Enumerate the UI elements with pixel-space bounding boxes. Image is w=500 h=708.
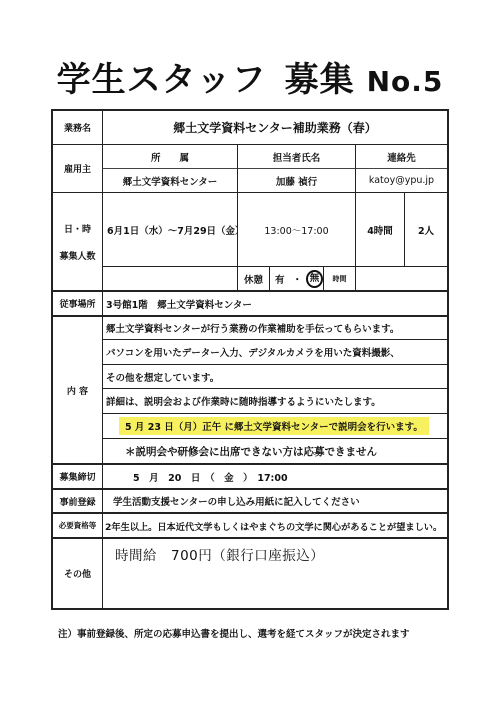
- content-line-5-row: 5 月 23 日（月）正午 に郷土文学資料センターで説明会を行います。: [102, 413, 447, 438]
- content-line-2: パソコンを用いたデーター入力、デジタルカメラを用いた資料撮影、: [102, 339, 447, 364]
- requirements-label: 必要資格等: [53, 512, 102, 537]
- employer-email[interactable]: katoy@ypu.jp: [355, 168, 447, 192]
- pre-registration-value: 学生活動支援センターの申し込み用紙に記入してください: [102, 488, 447, 512]
- requirements-value: 2年生以上。日本近代文学もしくはやまぐちの文学に関心があることが望ましい。: [102, 512, 447, 537]
- job-name-label: 業務名: [53, 111, 102, 144]
- job-name-value: 郷土文学資料センター補助業務（春）: [102, 111, 447, 144]
- employer-dept: 郷土文学資料センター: [102, 168, 237, 192]
- location-label: 従事場所: [53, 290, 102, 315]
- break-label: 休憩: [237, 266, 269, 290]
- employer-label: 雇用主: [53, 144, 102, 192]
- other-label: その他: [53, 537, 102, 608]
- schedule-duration: 4時間: [355, 192, 404, 266]
- break-time-label: 時間: [323, 266, 355, 290]
- employer-header-dept: 所 属: [102, 144, 237, 168]
- content-line-3: その他を想定しています。: [102, 364, 447, 388]
- break-options: 有 ・ 無: [269, 266, 323, 290]
- other-value-cell: 時間給 700円（銀行口座振込）: [102, 537, 447, 608]
- schedule-label-line2: 募集人数: [59, 249, 95, 262]
- schedule-hours: 13:00～17:00: [237, 192, 355, 266]
- info-session-highlight: 5 月 23 日（月）正午 に郷土文学資料センターで説明会を行います。: [119, 417, 429, 435]
- hourly-wage: 時間給 700円（銀行口座振込）: [115, 544, 324, 564]
- employer-header-contact-person: 担当者氏名: [237, 144, 355, 168]
- content-label: 内 容: [53, 315, 102, 463]
- content-line-4: 詳細は、説明会および作業時に随時指導するようにいたします。: [102, 388, 447, 413]
- break-yes[interactable]: 有: [275, 272, 285, 286]
- schedule-dates: 6月1日（水）～7月29日（金）: [102, 192, 237, 266]
- title-number: No.5: [367, 65, 444, 98]
- schedule-headcount: 2人: [404, 192, 447, 266]
- footnote: 注）事前登録後、所定の応募申込書を提出し、選考を経てスタッフが決定されます: [58, 626, 410, 640]
- schedule-blank: [102, 266, 237, 290]
- employer-header-contact: 連絡先: [355, 144, 447, 168]
- page-title: 学生スタッフ募集No.5: [0, 52, 500, 101]
- schedule-label: 日・時 募集人数: [53, 192, 102, 290]
- employer-contact-person: 加藤 禎行: [237, 168, 355, 192]
- pre-registration-label: 事前登録: [53, 488, 102, 512]
- break-no-circled[interactable]: 無: [306, 270, 323, 288]
- schedule-label-line1: 日・時: [64, 222, 91, 235]
- deadline-value: 5 月 20 日 （ 金 ） 17:00: [102, 463, 447, 488]
- title-sub: 募集: [285, 60, 355, 100]
- title-main: 学生スタッフ: [57, 60, 267, 100]
- break-time-value: [355, 266, 447, 290]
- content-line-6: ＊説明会や研修会に出席できない方は応募できません: [102, 438, 447, 463]
- deadline-label: 募集締切: [53, 463, 102, 488]
- content-line-1: 郷土文学資料センターが行う業務の作業補助を手伝ってもらいます。: [102, 315, 447, 339]
- recruitment-form: 業務名 郷土文学資料センター補助業務（春） 雇用主 所 属 担当者氏名 連絡先 …: [51, 109, 449, 610]
- location-value: 3号館1階 郷土文学資料センター: [102, 290, 447, 315]
- break-separator: ・: [293, 272, 303, 286]
